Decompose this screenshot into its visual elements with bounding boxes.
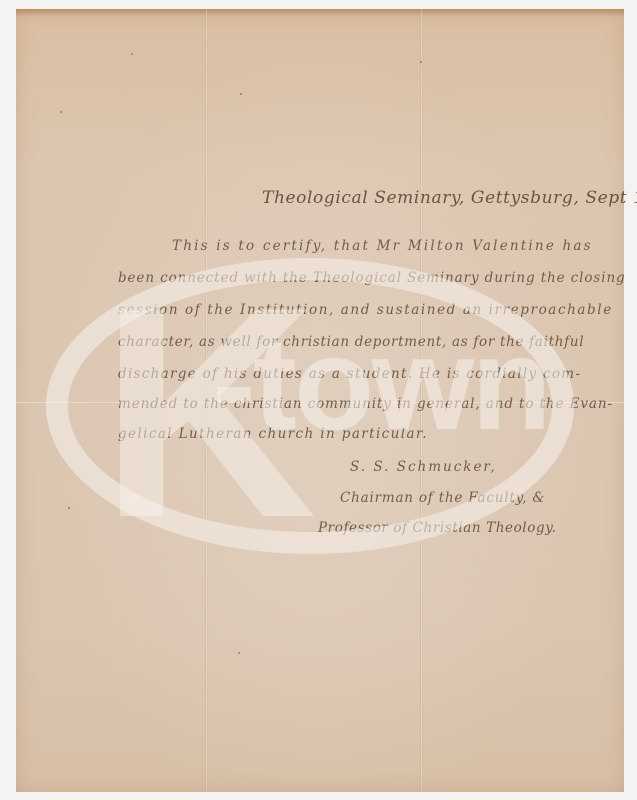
paper-speck — [68, 507, 70, 509]
body-line-6: mended to the christian community in gen… — [118, 396, 613, 412]
body-line-2: been connected with the Theological Semi… — [118, 270, 626, 286]
paper-speck — [240, 93, 242, 95]
signature-name: S. S. Schmucker, — [350, 459, 497, 475]
paper-speck — [420, 61, 422, 63]
signature-title-2: Professor of Christian Theology. — [318, 520, 557, 536]
body-line-7: gelical Lutheran church in particular. — [118, 426, 428, 442]
paper-speck — [238, 652, 240, 654]
paper-speck — [131, 53, 133, 55]
body-line-3: session of the Institution, and sustaine… — [118, 302, 613, 318]
place-date-heading: Theological Seminary, Gettysburg, Sept 1… — [262, 188, 637, 208]
body-line-5: discharge of his duties as a student. He… — [118, 366, 581, 382]
paper-speck — [60, 111, 62, 113]
body-line-4: character, as well for christian deportm… — [118, 334, 584, 350]
signature-title-1: Chairman of the Faculty, & — [340, 490, 545, 506]
body-line-1: This is to certify, that Mr Milton Valen… — [172, 238, 593, 254]
